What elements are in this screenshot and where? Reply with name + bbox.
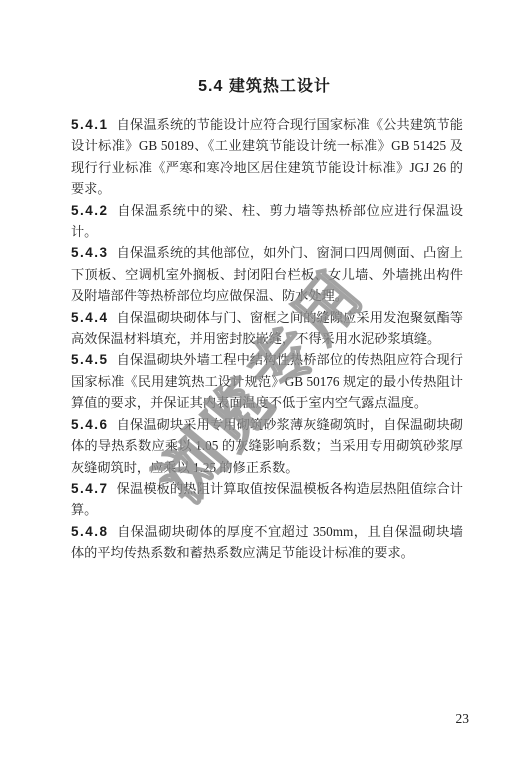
clause-paragraph: 5.4.7保温模板的热阻计算取值按保温模板各构造层热阻值综合计算。 — [71, 478, 463, 521]
clause-paragraph: 5.4.5自保温砌块外墙工程中结构性热桥部位的传热阻应符合现行国家标准《民用建筑… — [71, 349, 463, 413]
clause-number: 5.4.5 — [71, 352, 109, 367]
clause-paragraph: 5.4.6自保温砌块采用专用砌筑砂浆薄灰缝砌筑时，自保温砌块砌体的导热系数应乘以… — [71, 414, 463, 478]
document-body: 5.4.1自保温系统的节能设计应符合现行国家标准《公共建筑节能设计标准》GB 5… — [71, 114, 463, 564]
section-title: 5.4 建筑热工设计 — [0, 78, 529, 95]
clause-paragraph: 5.4.8自保温砌块砌体的厚度不宜超过 350mm，且自保温砌块墙体的平均传热系… — [71, 521, 463, 564]
clause-number: 5.4.4 — [71, 310, 109, 325]
clause-number: 5.4.1 — [71, 117, 109, 132]
clause-number: 5.4.6 — [71, 417, 109, 432]
clause-number: 5.4.7 — [71, 481, 109, 496]
document-page: 浏览专用 5.4 建筑热工设计 5.4.1自保温系统的节能设计应符合现行国家标准… — [0, 0, 529, 767]
clause-text: 自保温系统中的梁、柱、剪力墙等热桥部位应进行保温设计。 — [71, 203, 463, 239]
clause-paragraph: 5.4.2自保温系统中的梁、柱、剪力墙等热桥部位应进行保温设计。 — [71, 200, 463, 243]
clause-text: 自保温砌块外墙工程中结构性热桥部位的传热阻应符合现行国家标准《民用建筑热工设计规… — [71, 352, 463, 410]
clause-number: 5.4.3 — [71, 245, 109, 260]
clause-paragraph: 5.4.4自保温砌块砌体与门、窗框之间的缝隙应采用发泡聚氨酯等高效保温材料填充，… — [71, 307, 463, 350]
clause-number: 5.4.2 — [71, 203, 109, 218]
clause-number: 5.4.8 — [71, 524, 109, 539]
clause-text: 保温模板的热阻计算取值按保温模板各构造层热阻值综合计算。 — [71, 481, 463, 517]
page-number: 23 — [456, 711, 470, 727]
clause-text: 自保温砌块砌体的厚度不宜超过 350mm，且自保温砌块墙体的平均传热系数和蓄热系… — [71, 524, 463, 560]
clause-text: 自保温系统的节能设计应符合现行国家标准《公共建筑节能设计标准》GB 50189、… — [71, 117, 463, 196]
clause-paragraph: 5.4.3自保温系统的其他部位，如外门、窗洞口四周侧面、凸窗上下顶板、空调机室外… — [71, 242, 463, 306]
clause-text: 自保温系统的其他部位，如外门、窗洞口四周侧面、凸窗上下顶板、空调机室外搁板、封闭… — [71, 245, 463, 303]
clause-paragraph: 5.4.1自保温系统的节能设计应符合现行国家标准《公共建筑节能设计标准》GB 5… — [71, 114, 463, 200]
clause-text: 自保温砌块砌体与门、窗框之间的缝隙应采用发泡聚氨酯等高效保温材料填充，并用密封胶… — [71, 310, 463, 346]
clause-text: 自保温砌块采用专用砌筑砂浆薄灰缝砌筑时，自保温砌块砌体的导热系数应乘以 1.05… — [71, 417, 463, 475]
